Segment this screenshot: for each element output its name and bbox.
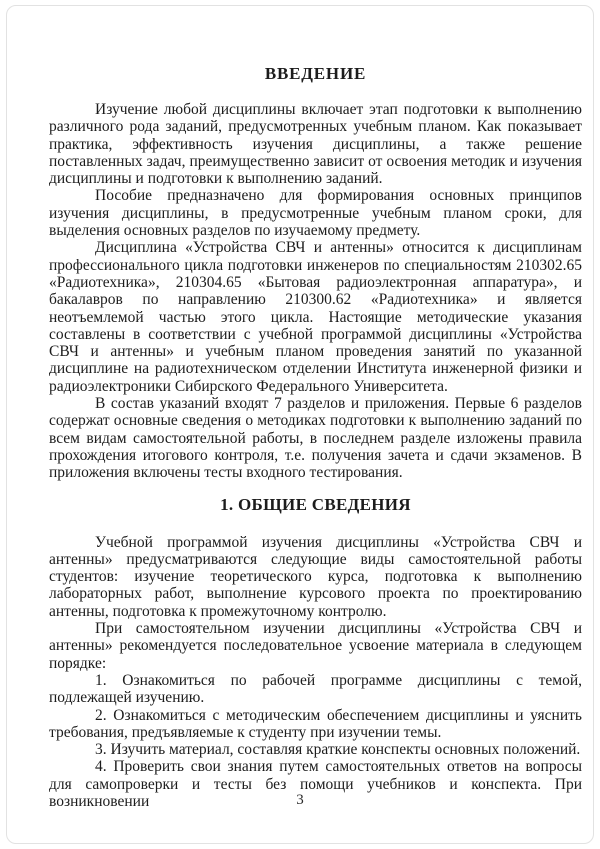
section-heading-obshchie-svedeniya: 1. ОБЩИЕ СВЕДЕНИЯ (49, 495, 582, 515)
list-item-paragraph: 2. Ознакомиться с методическим обеспечен… (49, 707, 582, 742)
paragraph: Пособие предназначено для формирования о… (49, 187, 582, 239)
paragraph: При самостоятельном изучении дисциплины … (49, 620, 582, 672)
list-item-paragraph: 1. Ознакомиться по рабочей программе дис… (49, 672, 582, 707)
paragraph: В состав указаний входят 7 разделов и пр… (49, 395, 582, 481)
paragraph: Изучение любой дисциплины включает этап … (49, 101, 582, 187)
paragraph: Учебной программой изучения дисциплины «… (49, 534, 582, 620)
section-heading-vvedenie: ВВЕДЕНИЕ (49, 64, 582, 84)
list-item-paragraph: 3. Изучить материал, составляя краткие к… (49, 741, 582, 758)
document-page: ВВЕДЕНИЕ Изучение любой дисциплины включ… (0, 0, 600, 849)
page-number: 3 (0, 792, 600, 809)
page-content: ВВЕДЕНИЕ Изучение любой дисциплины включ… (49, 64, 582, 810)
paragraph: Дисциплина «Устройства СВЧ и антенны» от… (49, 239, 582, 395)
